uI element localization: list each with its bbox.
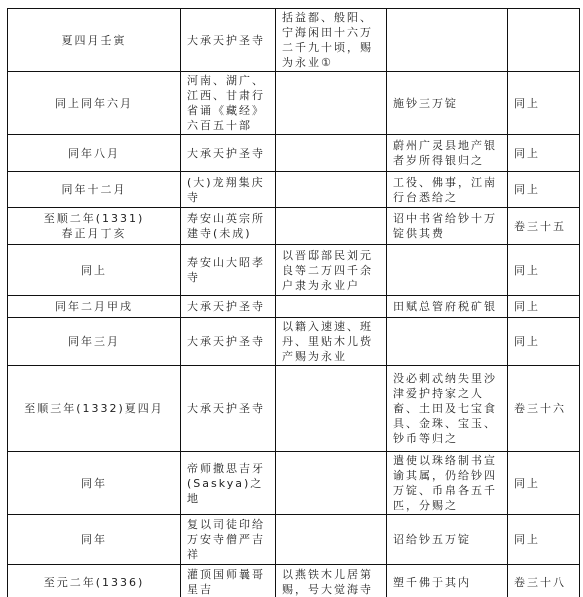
cell-goods: 蔚州广灵县地产银者岁所得银归之 bbox=[387, 135, 508, 172]
cell-recipient: 帝师撒思吉牙(Saskya)之地 bbox=[181, 452, 276, 515]
table-row: 同年二月甲戌 大承天护圣寺 田赋总管府税矿银 同上 bbox=[8, 296, 580, 318]
cell-recipient: 大承天护圣寺 bbox=[181, 296, 276, 318]
cell-recipient: 灌顶国师曩哥星吉 bbox=[181, 565, 276, 597]
cell-goods: 诏给钞五万锭 bbox=[387, 515, 508, 565]
cell-recipient: 寿安山英宗所建寺(未成) bbox=[181, 208, 276, 245]
cell-source: 卷三十五 bbox=[508, 208, 580, 245]
cell-source: 卷三十八 bbox=[508, 565, 580, 597]
cell-goods bbox=[387, 245, 508, 296]
cell-source: 卷三十六 bbox=[508, 366, 580, 452]
cell-source: 同上 bbox=[508, 318, 580, 366]
cell-date: 至元二年(1336) bbox=[8, 565, 181, 597]
cell-date: 同年 bbox=[8, 452, 181, 515]
table-row: 同年八月 大承天护圣寺 蔚州广灵县地产银者岁所得银归之 同上 bbox=[8, 135, 580, 172]
cell-date: 同年三月 bbox=[8, 318, 181, 366]
cell-land bbox=[276, 515, 387, 565]
cell-recipient: 寿安山大昭孝寺 bbox=[181, 245, 276, 296]
cell-goods: 没必剌忒纳失里沙津爱护持家之人畜、土田及七宝食具、金珠、宝玉、钞币等归之 bbox=[387, 366, 508, 452]
cell-recipient: 大承天护圣寺 bbox=[181, 366, 276, 452]
cell-land: 以籍入速速、班丹、里贴木儿赀产赐为永业 bbox=[276, 318, 387, 366]
cell-land: 括益都、般阳、宁海闲田十六万二千九十顷，赐为永业① bbox=[276, 9, 387, 72]
cell-recipient: 大承天护圣寺 bbox=[181, 135, 276, 172]
cell-recipient: 大承天护圣寺 bbox=[181, 318, 276, 366]
cell-land bbox=[276, 452, 387, 515]
cell-goods bbox=[387, 318, 508, 366]
cell-recipient: 河南、湖广、江西、甘肃行省诵《藏经》六百五十部 bbox=[181, 72, 276, 135]
cell-goods: 诏中书省给钞十万锭供其费 bbox=[387, 208, 508, 245]
cell-source: 同上 bbox=[508, 452, 580, 515]
cell-goods: 施钞三万锭 bbox=[387, 72, 508, 135]
cell-source: 同上 bbox=[508, 172, 580, 208]
cell-land bbox=[276, 135, 387, 172]
table-row: 夏四月壬寅 大承天护圣寺 括益都、般阳、宁海闲田十六万二千九十顷，赐为永业① bbox=[8, 9, 580, 72]
table-row: 同上 寿安山大昭孝寺 以晋邸部民刘元良等二万四千余户隶为永业户 同上 bbox=[8, 245, 580, 296]
cell-goods: 塑千佛于其内 bbox=[387, 565, 508, 597]
cell-recipient: 复以司徒印给万安寺僧严吉祥 bbox=[181, 515, 276, 565]
cell-date: 至顺三年(1332)夏四月 bbox=[8, 366, 181, 452]
table-row: 同年 复以司徒印给万安寺僧严吉祥 诏给钞五万锭 同上 bbox=[8, 515, 580, 565]
cell-land bbox=[276, 296, 387, 318]
cell-recipient: 大承天护圣寺 bbox=[181, 9, 276, 72]
cell-date: 同年八月 bbox=[8, 135, 181, 172]
cell-source: 同上 bbox=[508, 515, 580, 565]
cell-date: 夏四月壬寅 bbox=[8, 9, 181, 72]
cell-source: 同上 bbox=[508, 296, 580, 318]
cell-goods: 遣使以珠络制书宣谕其属，仍给钞四万锭、币帛各五千匹，分赐之 bbox=[387, 452, 508, 515]
cell-source: 同上 bbox=[508, 245, 580, 296]
cell-land bbox=[276, 172, 387, 208]
cell-date: 同上同年六月 bbox=[8, 72, 181, 135]
table-row: 同年十二月 (大)龙翔集庆寺 工役、佛事，江南行台悉给之 同上 bbox=[8, 172, 580, 208]
cell-recipient: (大)龙翔集庆寺 bbox=[181, 172, 276, 208]
cell-date: 同年 bbox=[8, 515, 181, 565]
table-row: 同年 帝师撒思吉牙(Saskya)之地 遣使以珠络制书宣谕其属，仍给钞四万锭、币… bbox=[8, 452, 580, 515]
table-row: 至顺二年(1331)春正月丁亥 寿安山英宗所建寺(未成) 诏中书省给钞十万锭供其… bbox=[8, 208, 580, 245]
cell-date: 至顺二年(1331)春正月丁亥 bbox=[8, 208, 181, 245]
cell-land: 以燕铁木儿居第赐，号大觉海寺 bbox=[276, 565, 387, 597]
cell-date: 同年二月甲戌 bbox=[8, 296, 181, 318]
cell-date: 同上 bbox=[8, 245, 181, 296]
table-row: 至元二年(1336) 灌顶国师曩哥星吉 以燕铁木儿居第赐，号大觉海寺 塑千佛于其… bbox=[8, 565, 580, 597]
cell-land bbox=[276, 72, 387, 135]
cell-goods bbox=[387, 9, 508, 72]
cell-land bbox=[276, 208, 387, 245]
cell-land: 以晋邸部民刘元良等二万四千余户隶为永业户 bbox=[276, 245, 387, 296]
table-row: 同年三月 大承天护圣寺 以籍入速速、班丹、里贴木儿赀产赐为永业 同上 bbox=[8, 318, 580, 366]
cell-goods: 田赋总管府税矿银 bbox=[387, 296, 508, 318]
cell-land bbox=[276, 366, 387, 452]
table-row: 至顺三年(1332)夏四月 大承天护圣寺 没必剌忒纳失里沙津爱护持家之人畜、土田… bbox=[8, 366, 580, 452]
cell-date: 同年十二月 bbox=[8, 172, 181, 208]
cell-source: 同上 bbox=[508, 72, 580, 135]
cell-goods: 工役、佛事，江南行台悉给之 bbox=[387, 172, 508, 208]
table-body: 夏四月壬寅 大承天护圣寺 括益都、般阳、宁海闲田十六万二千九十顷，赐为永业① 同… bbox=[8, 9, 580, 597]
grants-table: 夏四月壬寅 大承天护圣寺 括益都、般阳、宁海闲田十六万二千九十顷，赐为永业① 同… bbox=[7, 8, 580, 597]
cell-source bbox=[508, 9, 580, 72]
table-row: 同上同年六月 河南、湖广、江西、甘肃行省诵《藏经》六百五十部 施钞三万锭 同上 bbox=[8, 72, 580, 135]
cell-source: 同上 bbox=[508, 135, 580, 172]
